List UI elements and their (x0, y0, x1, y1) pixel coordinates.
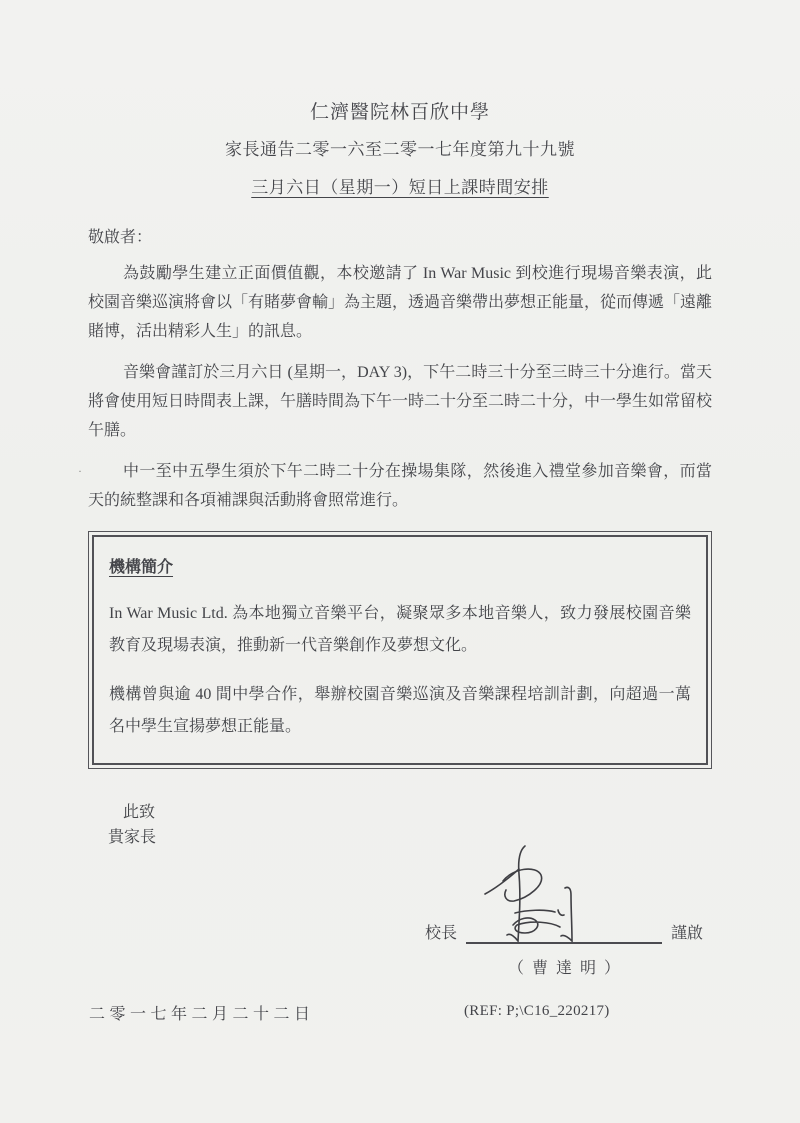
letter-header: 仁濟醫院林百欣中學 家長通告二零一六至二零一七年度第九十九號 三月六日（星期一）… (88, 97, 712, 198)
signer-name: （ 曹 達 明 ） (467, 955, 663, 978)
info-box-heading: 機構簡介 (109, 554, 691, 581)
closing-addressee: 貴家長 (88, 827, 712, 849)
signature-line (466, 926, 662, 944)
letter-body: 仁濟醫院林百欣中學 家長通告二零一六至二零一七年度第九十九號 三月六日（星期一）… (0, 0, 800, 849)
salutation: 敬啟者： (88, 224, 712, 247)
signer-title: 校長 (425, 924, 457, 944)
scan-dot-artifact: · (78, 457, 82, 486)
notice-subject: 三月六日（星期一）短日上課時間安排 (88, 173, 712, 198)
signature-row: 校長 謹啟 (425, 924, 703, 944)
paragraph-invitation: 為鼓勵學生建立正面價值觀，本校邀請了 In War Music 到校進行現場音樂… (88, 259, 712, 346)
signer-suffix: 謹啟 (671, 924, 703, 944)
paragraph-schedule: 音樂會謹訂於三月六日 (星期一，DAY 3)，下午二時三十分至三時三十分進行。當… (88, 358, 712, 445)
scanned-letter-page: 仁濟醫院林百欣中學 家長通告二零一六至二零一七年度第九十九號 三月六日（星期一）… (0, 0, 800, 1123)
paragraph-assembly: · 中一至中五學生須於下午二時二十分在操場集隊，然後進入禮堂參加音樂會，而當天的… (88, 457, 712, 515)
info-box-paragraph-1: In War Music Ltd. 為本地獨立音樂平台，凝聚眾多本地音樂人，致力… (109, 598, 691, 662)
info-box-inner: 機構簡介 In War Music Ltd. 為本地獨立音樂平台，凝聚眾多本地音… (92, 535, 708, 765)
paragraph-assembly-text: 中一至中五學生須於下午二時二十分在操場集隊，然後進入禮堂參加音樂會，而當天的統整… (88, 463, 712, 509)
reference-number: (REF: P;\C16_220217) (464, 1003, 610, 1020)
closing-salute: 此致 (88, 802, 712, 824)
notice-number: 家長通告二零一六至二零一七年度第九十九號 (88, 135, 712, 160)
info-box: 機構簡介 In War Music Ltd. 為本地獨立音樂平台，凝聚眾多本地音… (88, 531, 712, 769)
info-box-paragraph-2: 機構曾與逾 40 間中學合作，舉辦校園音樂巡演及音樂課程培訓計劃，向超過一萬名中… (109, 679, 691, 743)
letter-date: 二零一七年二月二十二日 (89, 1001, 315, 1024)
school-name: 仁濟醫院林百欣中學 (88, 97, 712, 124)
